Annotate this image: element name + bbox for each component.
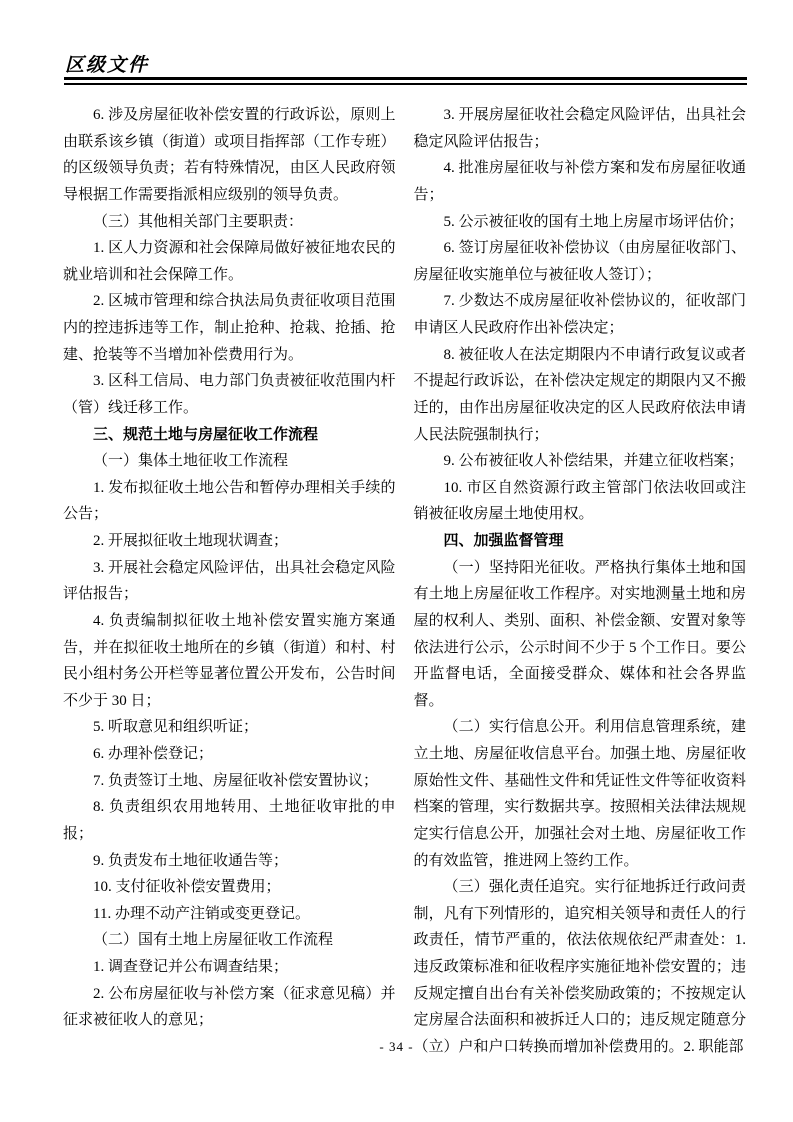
paragraph: 2. 公布房屋征收与补偿方案（征求意见稿）并征求被征收人的意见；	[63, 981, 396, 1034]
paragraph: 1. 区人力资源和社会保障局做好被征地农民的就业培训和社会保障工作。	[63, 235, 396, 288]
paragraph: 5. 公示被征收的国有土地上房屋市场评估价；	[414, 209, 747, 236]
page-number: - 34 -	[0, 1039, 793, 1055]
paragraph: 7. 少数达不成房屋征收补偿协议的，征收部门申请区人民政府作出补偿决定；	[414, 288, 747, 341]
paragraph: 8. 被征收人在法定期限内不申请行政复议或者不提起行政诉讼，在补偿决定规定的期限…	[414, 342, 747, 449]
paragraph: 1. 发布拟征收土地公告和暂停办理相关手续的公告；	[63, 475, 396, 528]
paragraph: 3. 开展社会稳定风险评估，出具社会稳定风险评估报告；	[63, 555, 396, 608]
paragraph: （一）坚持阳光征收。严格执行集体土地和国有土地上房屋征收工作程序。对实地测量土地…	[414, 555, 747, 715]
document-body: 6. 涉及房屋征收补偿安置的行政诉讼，原则上由联系该乡镇（街道）或项目指挥部（工…	[63, 102, 746, 1061]
paragraph: 1. 调查登记并公布调查结果；	[63, 954, 396, 981]
paragraph: 6. 签订房屋征收补偿协议（由房屋征收部门、房屋征收实施单位与被征收人签订）；	[414, 235, 747, 288]
right-column: 3. 开展房屋征收社会稳定风险评估，出具社会稳定风险评估报告； 4. 批准房屋征…	[414, 102, 747, 1061]
paragraph: （一）集体土地征收工作流程	[63, 448, 396, 475]
section-heading: 四、加强监督管理	[414, 528, 747, 555]
document-header-title: 区级文件	[65, 50, 149, 77]
header-double-rule	[64, 77, 747, 85]
paragraph: 2. 开展拟征收土地现状调查；	[63, 528, 396, 555]
paragraph: （三）强化责任追究。实行征地拆迁行政问责制，凡有下列情形的，追究相关领导和责任人…	[414, 874, 747, 1060]
left-column: 6. 涉及房屋征收补偿安置的行政诉讼，原则上由联系该乡镇（街道）或项目指挥部（工…	[63, 102, 396, 1061]
paragraph: 10. 支付征收补偿安置费用；	[63, 874, 396, 901]
paragraph: 9. 负责发布土地征收通告等；	[63, 848, 396, 875]
paragraph: 10. 市区自然资源行政主管部门依法收回或注销被征收房屋土地使用权。	[414, 475, 747, 528]
paragraph: 8. 负责组织农用地转用、土地征收审批的申报；	[63, 794, 396, 847]
paragraph: 6. 办理补偿登记；	[63, 741, 396, 768]
document-page: 区级文件 6. 涉及房屋征收补偿安置的行政诉讼，原则上由联系该乡镇（街道）或项目…	[0, 0, 793, 1122]
paragraph: （二）实行信息公开。利用信息管理系统，建立土地、房屋征收信息平台。加强土地、房屋…	[414, 714, 747, 874]
paragraph: 3. 开展房屋征收社会稳定风险评估，出具社会稳定风险评估报告；	[414, 102, 747, 155]
paragraph: 11. 办理不动产注销或变更登记。	[63, 901, 396, 928]
paragraph: 9. 公布被征收人补偿结果，并建立征收档案；	[414, 448, 747, 475]
paragraph: 7. 负责签订土地、房屋征收补偿安置协议；	[63, 768, 396, 795]
paragraph: 2. 区城市管理和综合执法局负责征收项目范围内的控违拆违等工作，制止抢种、抢栽、…	[63, 288, 396, 368]
paragraph: （二）国有土地上房屋征收工作流程	[63, 927, 396, 954]
paragraph: 6. 涉及房屋征收补偿安置的行政诉讼，原则上由联系该乡镇（街道）或项目指挥部（工…	[63, 102, 396, 209]
paragraph: 4. 批准房屋征收与补偿方案和发布房屋征收通告；	[414, 155, 747, 208]
paragraph: 4. 负责编制拟征收土地补偿安置实施方案通告，并在拟征收土地所在的乡镇（街道）和…	[63, 608, 396, 715]
paragraph: （三）其他相关部门主要职责：	[63, 209, 396, 236]
section-heading: 三、规范土地与房屋征收工作流程	[63, 422, 396, 449]
paragraph: 5. 听取意见和组织听证；	[63, 714, 396, 741]
paragraph: 3. 区科工信局、电力部门负责被征收范围内杆（管）线迁移工作。	[63, 368, 396, 421]
